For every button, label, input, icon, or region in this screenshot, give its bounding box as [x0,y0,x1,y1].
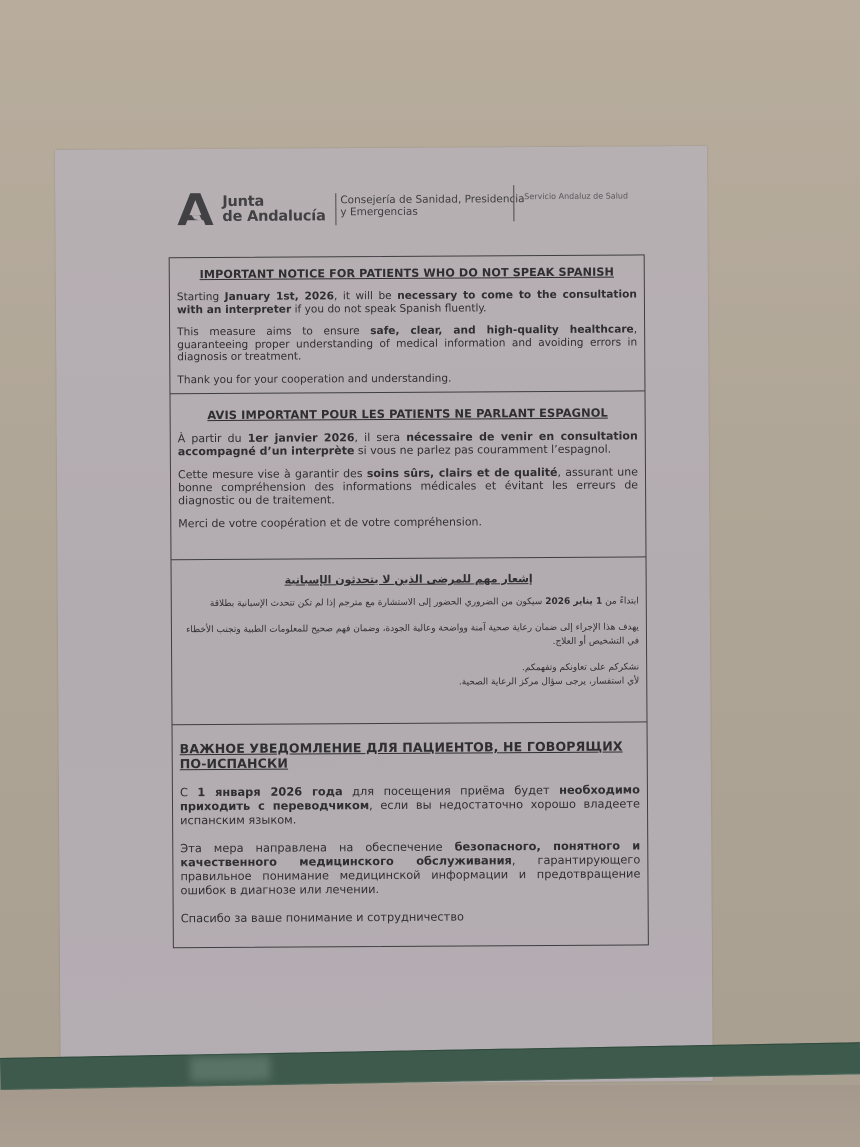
department-line-1: Consejería de Sanidad, Presidencia [340,193,524,206]
notice-thanks: نشكركم على تعاونكم وتفهمكم. لأي استفسار،… [179,660,639,691]
notice-arabic: إشعار مهم للمرضى الذين لا يتحدثون الإسبا… [172,557,647,725]
letterhead: Junta de Andalucía Consejería de Sanidad… [177,186,657,239]
notice-russian: ВАЖНОЕ УВЕДОМЛЕНИЕ ДЛЯ ПАЦИЕНТОВ, НЕ ГОВ… [173,722,648,947]
notice-paragraph: ابتداءً من 1 يناير 2026 سيكون من الضروري… [179,594,639,611]
notice-title: AVIS IMPORTANT POUR LES PATIENTS NE PARL… [178,405,638,422]
notice-paper: Junta de Andalucía Consejería de Sanidad… [55,146,713,1085]
notice-thanks: Спасибо за ваше понимание и сотрудничест… [181,908,641,925]
notice-english: IMPORTANT NOTICE FOR PATIENTS WHO DO NOT… [170,255,645,394]
logo-line-2: de Andalucía [222,209,325,225]
header-divider [513,185,514,221]
notice-title: IMPORTANT NOTICE FOR PATIENTS WHO DO NOT… [177,265,637,281]
department-line-2: y Emergencias [340,205,524,218]
notice-paragraph: Cette mesure vise à garantir des soins s… [178,465,638,507]
notice-paragraph: Эта мера направлена на обеспечение безоп… [180,838,640,897]
department-name: Consejería de Sanidad, Presidencia y Eme… [340,193,524,218]
notice-paragraph: Starting January 1st, 2026, it will be n… [177,288,637,316]
notice-paragraph: This measure aims to ensure safe, clear,… [177,323,637,363]
notice-title: ВАЖНОЕ УВЕДОМЛЕНИЕ ДЛЯ ПАЦИЕНТОВ, НЕ ГОВ… [180,738,640,771]
header-divider [335,193,336,225]
notice-paragraph: À partir du 1er janvier 2026, il sera né… [178,429,638,458]
junta-andalucia-logo-icon [177,193,213,225]
logo-wordmark: Junta de Andalucía [222,194,325,225]
service-name: Servicio Andaluz de Salud [524,192,628,202]
notice-thanks: Merci de votre coopération et de votre c… [178,514,638,530]
wall-background [0,1085,860,1147]
notice-french: AVIS IMPORTANT POUR LES PATIENTS NE PARL… [170,391,645,560]
notice-paragraph: С 1 января 2026 года для посещения приём… [180,782,640,827]
notice-title: إشعار مهم للمرضى الذين لا يتحدثون الإسبا… [179,571,639,587]
notices-table: IMPORTANT NOTICE FOR PATIENTS WHO DO NOT… [169,254,649,948]
notice-paragraph: يهدف هذا الإجراء إلى ضمان رعاية صحية آمن… [179,620,639,651]
notice-thanks: Thank you for your cooperation and under… [177,371,637,386]
